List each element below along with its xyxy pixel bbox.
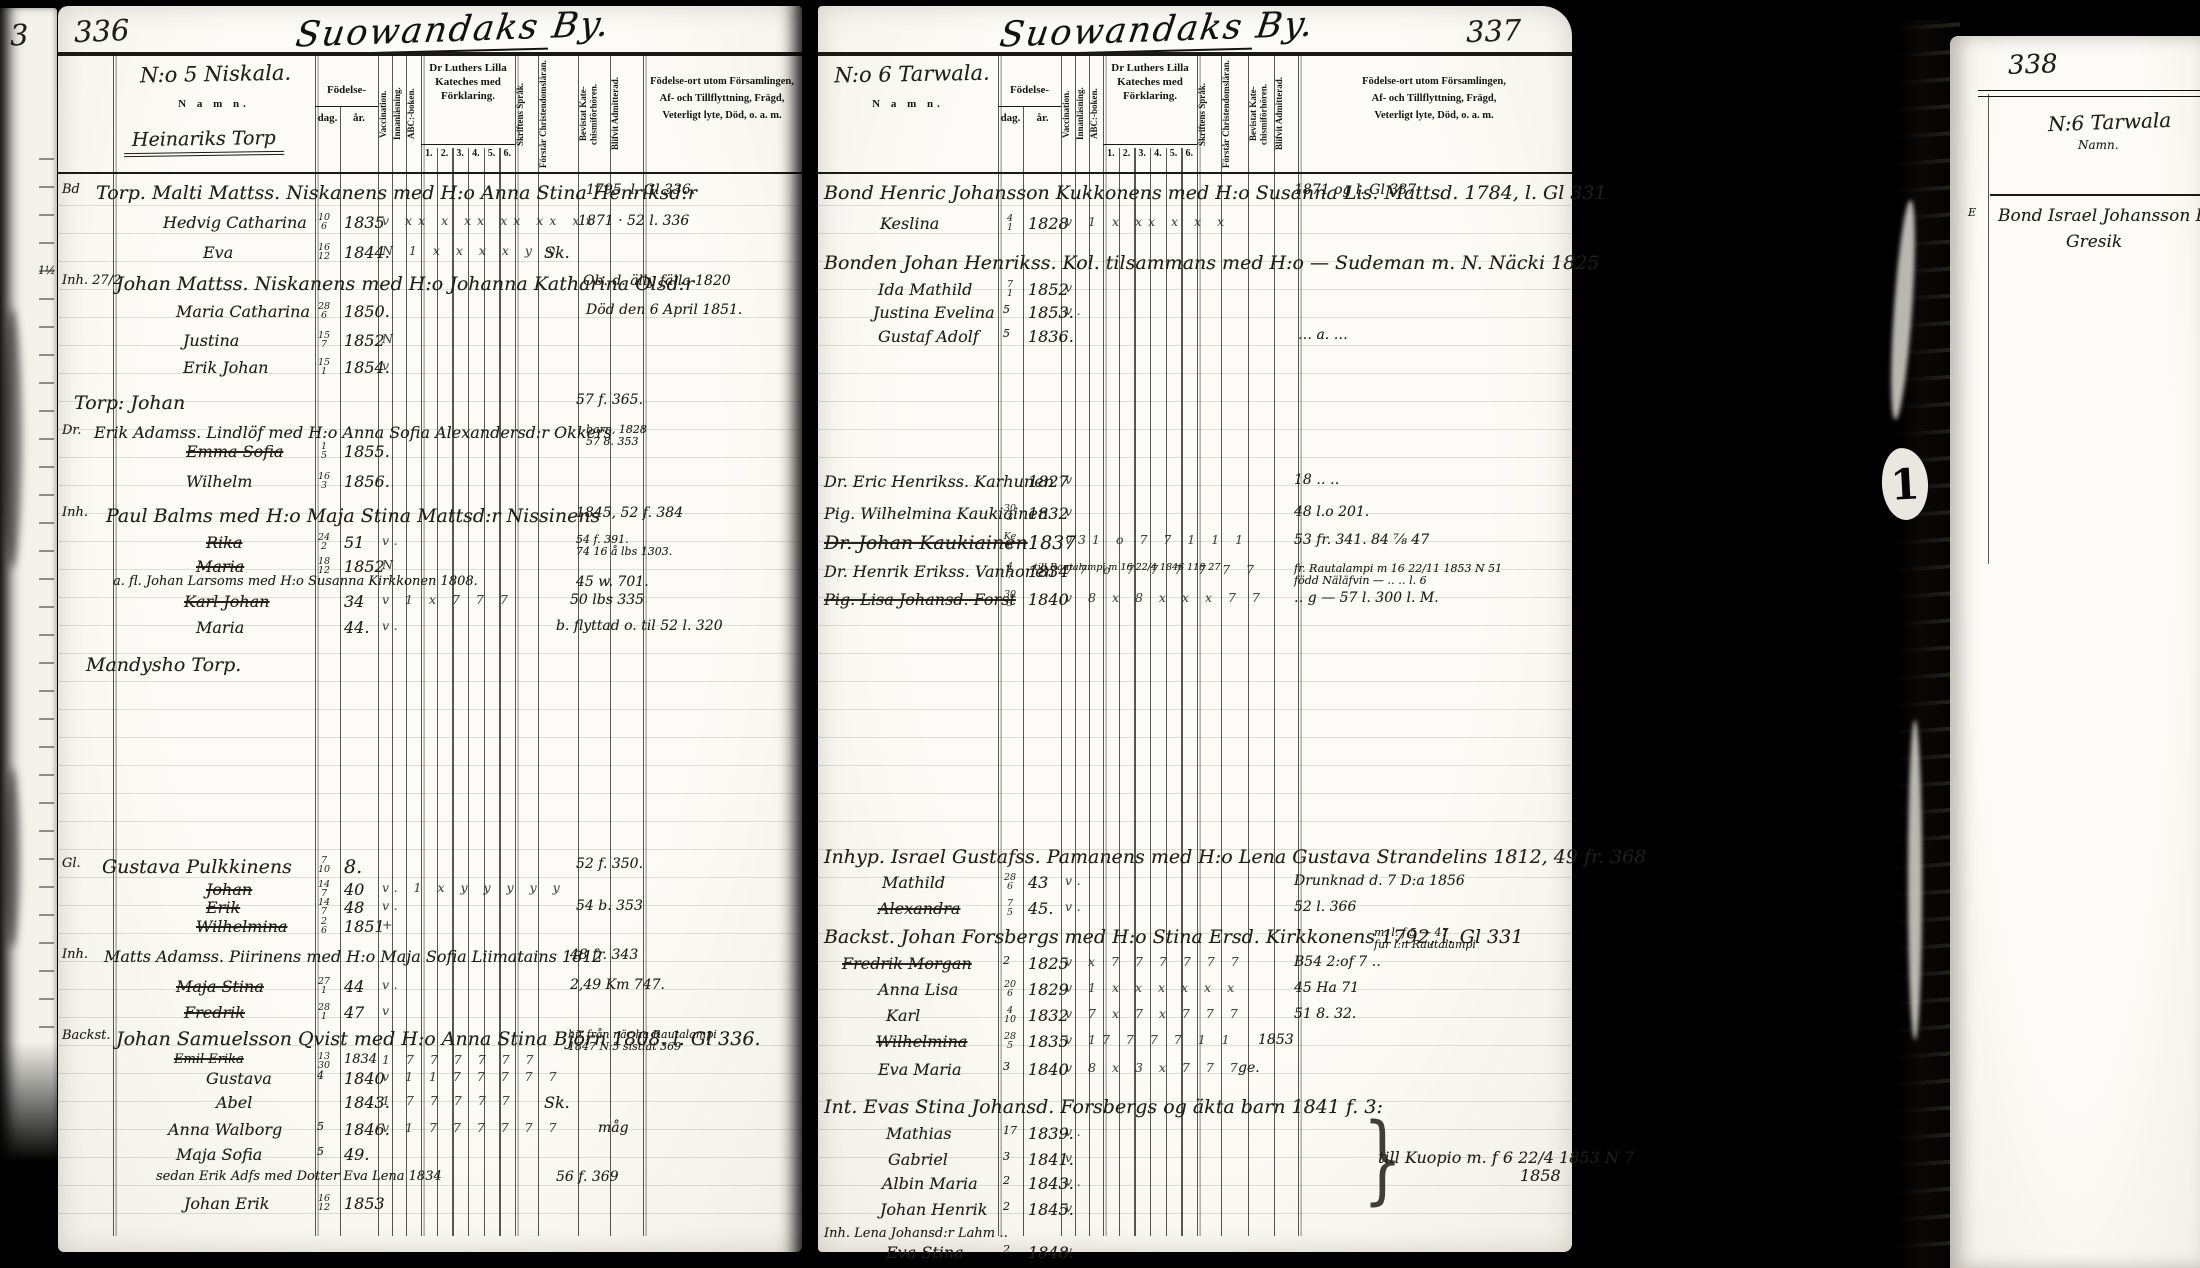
church-record-scan: 3 336 Suowandaks By. N:o 5 Niskala. N a … [0, 0, 2200, 1268]
exam-marks: v. [1065, 873, 1087, 888]
exam-marks: v [1065, 280, 1078, 295]
entry-name: Justina Evelina [873, 303, 995, 322]
birth-year: 1832 [1028, 504, 1069, 523]
birth-year: 1851 [344, 917, 385, 936]
smudge [2, 308, 22, 568]
birth-year: 1856. [344, 472, 390, 491]
column-rule [1221, 54, 1222, 1236]
header-rule [1978, 90, 2200, 97]
entry-name: Eva Maria [878, 1060, 962, 1079]
remark: 45 w. 701. [576, 574, 649, 590]
entry-name: Gustaf Adolf [878, 327, 979, 346]
remark: 57 f. 365. [576, 392, 643, 408]
column-rule [113, 54, 114, 1236]
birth-day: 206 [997, 980, 1023, 998]
entry-name: Emma Sofia [186, 442, 283, 461]
entry-name: Anna Lisa [878, 980, 958, 999]
remark: Ob. d. älly fälla 1820 [583, 273, 731, 289]
birth-day-den: 1 [321, 1012, 327, 1021]
remark: ‥ g — 57 l. 300 l. M. [1294, 590, 1439, 606]
birth-year: 1828 [1028, 214, 1069, 233]
exam-marks: v [1065, 472, 1078, 487]
birth-day-den: 7 [1007, 571, 1013, 580]
birth-day: 75 [997, 899, 1023, 917]
birth-day: 2 [1003, 1200, 1010, 1213]
page-edge-shadow [0, 1042, 57, 1162]
page-338: 338 N:6 Tarwala Namn. E Bond Israel Joha… [1950, 36, 2200, 1268]
page-number: 338 [2007, 49, 2058, 81]
paper-streak [1908, 720, 1922, 1040]
entry-name: Keslina [880, 214, 939, 233]
birth-day: 157 [311, 331, 337, 349]
remark: Drunknad d. 7 D:a 1856 [1294, 873, 1465, 889]
exam-marks: v 1 x xx x x x [1065, 214, 1230, 229]
birth-day-den: 5 [1007, 908, 1013, 917]
birth-year: 1852 [344, 331, 385, 350]
column-rule [1248, 54, 1249, 1236]
birth-day: 17 [1003, 1124, 1017, 1137]
entry-name: Maria Catharina [176, 302, 310, 321]
entries-area-left: BdTorp. Malti Mattss. Niskanens med H:o … [58, 6, 802, 1252]
entry-name: Torp: Johan [74, 392, 185, 414]
entry-name: Mathias [886, 1124, 952, 1143]
entry-name: Fredrik [184, 1003, 245, 1022]
birth-year: 40 [344, 880, 364, 899]
birth-day: 5 [1003, 303, 1010, 316]
birth-year: 1840 [344, 1069, 385, 1088]
birth-day: 1612 [311, 243, 337, 261]
birth-day-den: 3 [1007, 513, 1013, 522]
birth-year: 1836. [1028, 327, 1074, 346]
ink-mark-digit: 1 [1889, 459, 1921, 509]
birth-day-den: 7 [321, 907, 327, 916]
birth-year: 1840 [1028, 590, 1069, 609]
page-336: 336 Suowandaks By. N:o 5 Niskala. N a m … [58, 6, 802, 1252]
entry-name: Anna Walborg [168, 1120, 282, 1139]
entry-name: Johan Henrik [880, 1200, 987, 1219]
birth-year: 48 [344, 898, 364, 917]
entry-name: Bonden Johan Henrikss. Kol. tilsammans m… [824, 252, 1599, 274]
exam-marks: v xx x xx xx xx xx [382, 213, 598, 228]
birth-day-den: 10 [318, 865, 330, 874]
remark: ge. [1238, 1060, 1260, 1076]
birth-day: 303 [997, 504, 1023, 522]
birth-day: 147 [311, 898, 337, 916]
birth-day-den: 5 [1007, 1041, 1013, 1050]
birth-day-den: 6 [321, 311, 327, 320]
exam-marks: v 8 x 3 x 7 7 7 [1065, 1060, 1244, 1075]
column-rule [1298, 54, 1299, 1236]
column-rule [1103, 54, 1104, 1236]
exam-marks: v [1065, 1200, 1078, 1215]
margin-note: Inh. [62, 947, 88, 962]
entry-name: Eva [203, 243, 233, 262]
column-rule [1274, 54, 1275, 1236]
exam-marks: v [1065, 1150, 1078, 1165]
birth-year: 51 [344, 533, 364, 552]
entry-name: Fredrik Morgan [842, 954, 972, 973]
birth-day: 26 [311, 917, 337, 935]
birth-year: 1855. [344, 442, 390, 461]
column-rule [1075, 54, 1076, 1236]
birth-day: 3 [1003, 1060, 1010, 1073]
remark: b. flyttad o. til 52 l. 320 [556, 618, 723, 634]
entry-name: Erik Adamss. Lindlöf med H:o Anna Sofia … [94, 423, 612, 442]
entry-name: a. fl. Johan Larsoms med H:o Susanna Kir… [113, 574, 478, 589]
entry-name: Inhyp. Israel Gustafss. Pamanens med H:o… [824, 846, 1646, 868]
entry-name: Gustava [206, 1069, 272, 1088]
birth-day: 5 [317, 1145, 324, 1158]
exam-marks: v31 o 7 7 1 1 1 [1065, 532, 1249, 547]
previous-page-edge: 3 [0, 8, 57, 1162]
exam-marks: v. [1065, 1243, 1087, 1258]
exam-marks: N [382, 331, 399, 346]
entry-name: sedan Erik Adfs med Dotter Eva Lena 1834 [156, 1169, 442, 1184]
birth-day-den: 12 [318, 1203, 330, 1212]
entry-name: Albin Maria [882, 1174, 978, 1193]
remark: B54 2:of 7 ‥ [1294, 954, 1381, 970]
birth-year: 1835 [1028, 1032, 1069, 1051]
remark: 48 l.o 201. [1294, 504, 1369, 520]
birth-day-den: 12 [318, 252, 330, 261]
birth-day-den: 1 [1007, 223, 1013, 232]
birth-day: 4 [317, 1069, 324, 1082]
birth-day: 151 [311, 358, 337, 376]
entry-name: Gustava Pulkkinens [102, 856, 292, 878]
ruled-ticks [39, 158, 54, 1032]
entry-name: Justina [183, 331, 239, 350]
birth-day: 106 [311, 213, 337, 231]
birth-day-den: 1 [321, 986, 327, 995]
entry-name: Pig. Lisa Johansd. Forst [824, 590, 1016, 609]
birth-day: 5 [317, 1120, 324, 1133]
entry-name: Mathild [882, 873, 945, 892]
birth-day-den: 3 [321, 481, 327, 490]
entry-name: Johan Erik [184, 1194, 269, 1213]
language-mark: Sk. [544, 1093, 570, 1112]
column-rule [578, 54, 579, 1236]
margin-note: Dr. [62, 423, 81, 438]
page-337: 337 Suowandaks By. N:o 6 Tarwala. N a m … [818, 6, 1572, 1252]
remark: fur l:n Rautalampi [1374, 938, 1476, 951]
entry-name: Maja Stina [176, 977, 264, 996]
entry-name: Erik [206, 898, 240, 917]
entry-name: Gresik [2066, 232, 2122, 252]
remark: 74 16 å lbs 1303. [576, 545, 672, 558]
margin-note: Bd [62, 182, 80, 197]
exam-marks: v. [1065, 1124, 1087, 1139]
margin-note: Inh. 27/2 [62, 273, 121, 288]
birth-day: Ke6 [997, 532, 1023, 550]
remark: 54 b. 353 [576, 898, 643, 914]
birth-day: 410 [997, 1006, 1023, 1024]
exam-marks: v x 7 7 7 7 7 7 [1065, 954, 1245, 969]
birth-year: 34 [344, 592, 364, 611]
birth-day: 3 [1003, 1150, 1010, 1163]
birth-year: 44 [344, 977, 364, 996]
birth-day-den: 6 [1007, 541, 1013, 550]
entry-name: Dr. Eric Henrikss. Karhunen [824, 472, 1054, 491]
remark: 1871 og l. Gl 337. [1294, 182, 1421, 198]
birth-year: 47 [344, 1003, 364, 1022]
exam-marks: v. [382, 977, 404, 992]
birth-day-den: 6 [1007, 882, 1013, 891]
remark: 53 fr. 341. 84 ⅞ 47 [1294, 532, 1429, 548]
entry-name: Alexandra [878, 899, 960, 918]
book-spine-damage: 1 [1864, 20, 1960, 1268]
birth-day: 71 [997, 280, 1023, 298]
entry-name: Abel [216, 1093, 252, 1112]
entry-name: Wilhelmina [196, 917, 287, 936]
birth-year: 1825 [1028, 954, 1069, 973]
entry-name: Karl [886, 1006, 920, 1025]
birth-year: 1834 [344, 1052, 377, 1067]
birth-day-den: 6 [321, 926, 327, 935]
exam-marks: 1 7 7 7 7 7 7 [382, 1052, 540, 1067]
exam-marks: v. [382, 898, 404, 913]
birth-day: 242 [311, 533, 337, 551]
margin-note: E [1968, 206, 1976, 219]
birth-year: 1853 [344, 1194, 385, 1213]
birth-day: 5 [1003, 327, 1010, 340]
page-float: till Kuopio m. f 6 22/4 1853 N 7 [1378, 1148, 1634, 1167]
exam-marks: v 1 1 7 7 7 7 7 [382, 1069, 563, 1084]
page-number-partial: 3 [9, 18, 29, 53]
entry-name: Matts Adamss. Piirinens med H:o Maja Sof… [104, 947, 603, 966]
exam-marks: v. [382, 618, 404, 633]
entry-name: Johan [206, 880, 252, 899]
entry-name: Rika [206, 533, 242, 552]
birth-year: 1850. [344, 302, 390, 321]
birth-year: 1840 [1028, 1060, 1069, 1079]
birth-day-den: 1 [1007, 289, 1013, 298]
birth-day-den: 6 [1007, 989, 1013, 998]
birth-day: 15 [311, 442, 337, 460]
birth-day: 2 [1003, 1174, 1010, 1187]
birth-day-den: 3 [1007, 599, 1013, 608]
ink-mark: 1 [1880, 447, 1930, 521]
page-float: 1½ [38, 264, 56, 277]
entry-name: Bond Israel Johansson Lah— [1998, 206, 2200, 226]
birth-year: 1829 [1028, 980, 1069, 999]
margin-note: Gl. [62, 856, 81, 871]
entry-name: Maria [196, 618, 244, 637]
remark: 1853 [1258, 1032, 1294, 1048]
exam-marks: v. [1065, 899, 1087, 914]
entry-name: Wilhelmina [876, 1032, 967, 1051]
birth-day: 303 [997, 590, 1023, 608]
language-mark: Sk. [544, 243, 570, 262]
entry-name: Karl Johan [184, 592, 270, 611]
remark: 52 f. 350. [576, 856, 643, 872]
page-float: 1858 [1520, 1166, 1561, 1185]
exam-marks: v [382, 358, 395, 373]
remark: 50 lbs 335 [570, 592, 644, 608]
exam-marks: N 1 x x x x y y [382, 243, 561, 258]
entry-name: Mandysho Torp. [86, 654, 241, 676]
remark: 52 l. 366 [1294, 899, 1356, 915]
exam-marks: v. [1065, 303, 1087, 318]
exam-marks: v. [382, 533, 404, 548]
column-rule [1089, 54, 1090, 1236]
exam-marks: v 1 x x x x x x [1065, 980, 1240, 995]
entry-name: Maja Sofia [176, 1145, 262, 1164]
entry-name: Hedvig Catharina [163, 213, 307, 232]
birth-year: 1832 [1028, 1006, 1069, 1025]
birth-year: 45. [1028, 899, 1053, 918]
birth-day: 710 [311, 856, 337, 874]
birth-day: 285 [997, 1032, 1023, 1050]
exam-marks: v [382, 1003, 395, 1018]
column-namn: Namn. [2078, 138, 2119, 152]
birth-day: 163 [311, 472, 337, 490]
entries-area-right: Bond Henric Johansson Kukkonens med H:o … [818, 6, 1572, 1252]
birth-year: 1835 [344, 213, 385, 232]
birth-year: 1852 [1028, 280, 1069, 299]
exam-marks: v 8 x 8 x x x 7 7 [1065, 590, 1266, 605]
entry-name: Emil Erika [174, 1052, 244, 1067]
remark: 1847 N:5 sistlat 369 [568, 1040, 681, 1053]
birth-year: 1827 [1028, 472, 1069, 491]
remark: 18 ‥ ‥ [1294, 472, 1339, 488]
entry-name: Int. Evas Stina Johansd. Forsbergs og äk… [824, 1096, 1383, 1118]
birth-year: 49. [344, 1145, 369, 1164]
column-rule [643, 54, 644, 1236]
section-heading: N:6 Tarwala [2048, 108, 2172, 136]
column-rule [1197, 54, 1198, 1236]
birth-day-den: 2 [321, 542, 327, 551]
exam-marks: v 7 x 7 x 7 7 7 [1065, 1006, 1244, 1021]
exam-marks: v 17 7 7 7 1 1 [1065, 1032, 1236, 1047]
entry-name: Ida Mathild [878, 280, 972, 299]
exam-marks: 1 7 7 7 7 7 [382, 1093, 516, 1108]
exam-marks: N [382, 557, 399, 572]
remark: 2,49 Km 747. [570, 977, 665, 993]
birth-day: 271 [311, 977, 337, 995]
birth-day: 2 [1003, 1243, 1010, 1256]
exam-marks: + [382, 917, 398, 932]
remark: 45 Ha 71 [1294, 980, 1359, 996]
column-rule [1023, 106, 1024, 1236]
birth-day: 1812 [311, 557, 337, 575]
remark: 51 8. 32. [1294, 1006, 1356, 1022]
entry-name: Erik Johan [183, 358, 268, 377]
remark: 1845, 52 f. 384 [576, 505, 683, 521]
exam-marks: v. [1065, 1174, 1087, 1189]
birth-year: 44. [344, 618, 369, 637]
remark: 1795. l. Gl 336. [586, 182, 695, 198]
remark: 48 fr. 343 [570, 947, 638, 963]
remark: … a. … [1298, 327, 1348, 343]
birth-day: 41 [997, 214, 1023, 232]
birth-day-den: 1 [321, 367, 327, 376]
birth-year: 43 [1028, 873, 1048, 892]
birth-day: 47 [997, 562, 1023, 580]
entry-name: Bond Henric Johansson Kukkonens med H:o … [824, 182, 1607, 204]
entry-name: Paul Balms med H:o Maja Stina Mattsd:r N… [106, 505, 600, 527]
exam-marks: v 1 7 7 7 7 7 7 [382, 1120, 563, 1135]
birth-day: 281 [311, 1003, 337, 1021]
birth-day: 1330 [311, 1052, 337, 1070]
birth-day-den: 7 [321, 340, 327, 349]
exam-marks: v 1 x 7 7 7 [382, 592, 514, 607]
entry-rule [1990, 194, 2200, 196]
margin-note: Backst. [62, 1028, 111, 1043]
exam-marks: v [1065, 504, 1078, 519]
remark: 57 8. 353 [586, 435, 638, 448]
remark: Död den 6 April 1851. [586, 302, 742, 318]
birth-year: 8. [344, 856, 362, 878]
birth-day-den: 10 [1004, 1015, 1016, 1024]
entry-name: Inh. Lena Johansd:r Lahm ‥ [824, 1226, 1008, 1241]
remark: född Näläfvin — ‥ ‥ l. 6 [1294, 574, 1427, 587]
smudge [4, 768, 20, 948]
column-rule [610, 54, 611, 1236]
inline-note: till Rautalampi m 16 22/4 1846 118 27 [1034, 562, 1220, 573]
entry-name: Eva Stina [886, 1243, 964, 1262]
book-gutter [802, 0, 818, 1268]
birth-day: 147 [311, 880, 337, 898]
entry-name: Wilhelm [186, 472, 252, 491]
margin-note: Inh. [62, 505, 88, 520]
entry-name: Gabriel [888, 1150, 948, 1169]
remark: 56 f. 369 [556, 1169, 619, 1185]
remark: 1871 · 52 l. 336 [578, 213, 689, 229]
birth-day: 2 [1003, 954, 1010, 967]
birth-day-den: 6 [321, 222, 327, 231]
birth-day-den: 5 [321, 451, 327, 460]
birth-day: 286 [311, 302, 337, 320]
birth-day: 286 [997, 873, 1023, 891]
column-rule [1988, 94, 1989, 564]
birth-day: 1612 [311, 1194, 337, 1212]
paper-streak [1886, 200, 1919, 421]
exam-marks: v. 1 x y y y y y [382, 880, 566, 895]
remark: måg [598, 1120, 629, 1136]
